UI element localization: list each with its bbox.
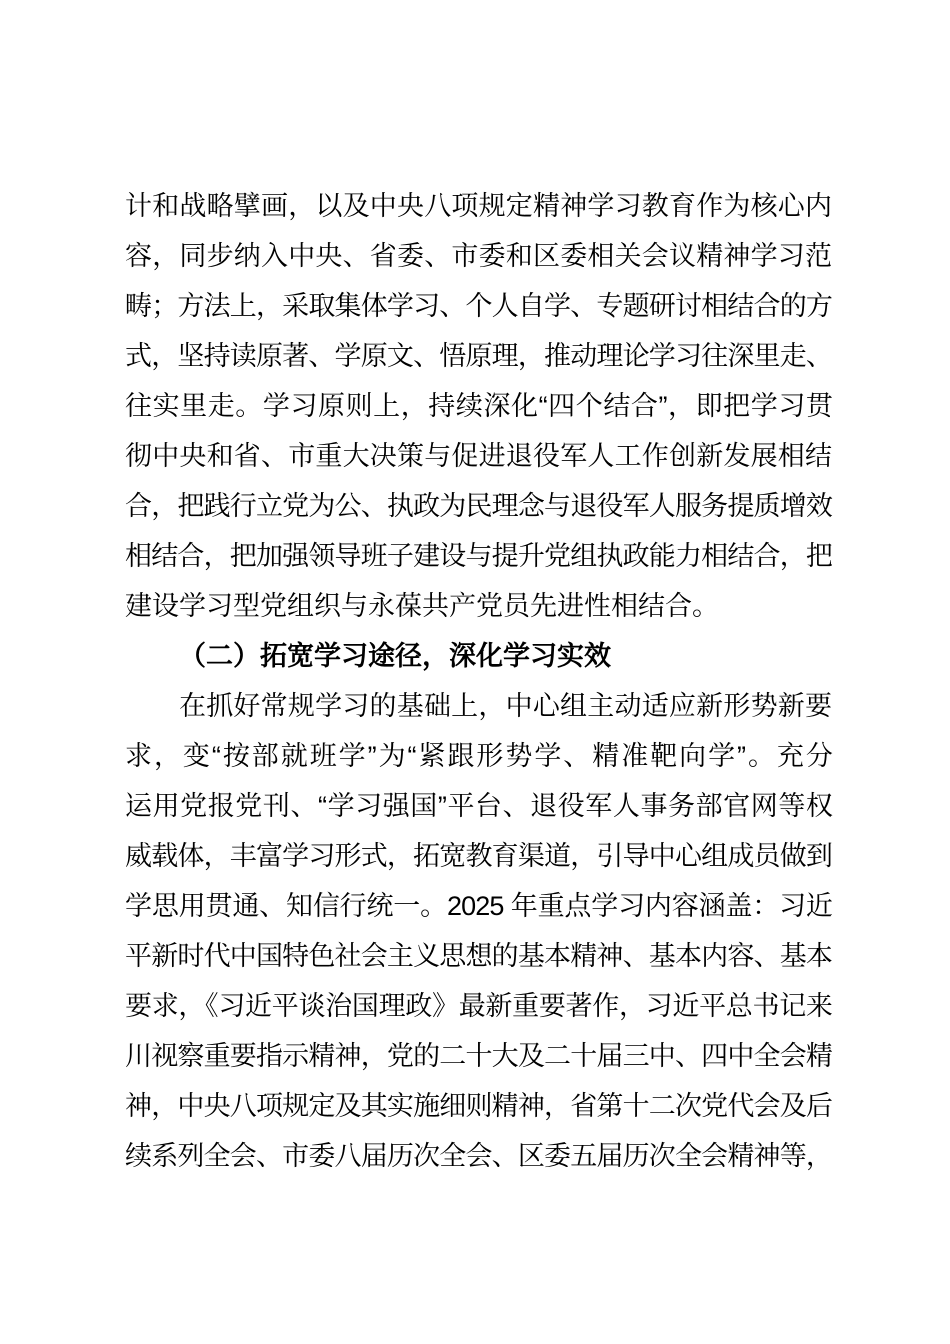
text-line: 学思用贯通、知信行统一。2025 年重点学习内容涵盖：习近 — [125, 881, 832, 931]
document-page: 计和战略擘画，以及中央八项规定精神学习教育作为核心内容，同步纳入中央、省委、市委… — [0, 0, 950, 1344]
text-line: 畴；方法上，采取集体学习、个人自学、专题研讨相结合的方 — [125, 281, 832, 331]
text-line: 求，变“按部就班学”为“紧跟形势学、精准靶向学”。充分 — [125, 731, 832, 781]
text-line: 彻中央和省、市重大决策与促进退役军人工作创新发展相结 — [125, 431, 832, 481]
text-line: 在抓好常规学习的基础上，中心组主动适应新形势新要 — [125, 681, 832, 731]
text-line: 续系列全会、市委八届历次全会、区委五届历次全会精神等， — [125, 1131, 832, 1181]
text-line: 要求，《习近平谈治国理政》最新重要著作，习近平总书记来 — [125, 981, 832, 1031]
text-line: 往实里走。学习原则上，持续深化“四个结合”，即把学习贯 — [125, 381, 832, 431]
text-line: 建设学习型党组织与永葆共产党员先进性相结合。 — [125, 581, 832, 631]
document-content: 计和战略擘画，以及中央八项规定精神学习教育作为核心内容，同步纳入中央、省委、市委… — [125, 181, 832, 1181]
text-line: 神，中央八项规定及其实施细则精神，省第十二次党代会及后 — [125, 1081, 832, 1131]
text-line: 平新时代中国特色社会主义思想的基本精神、基本内容、基本 — [125, 931, 832, 981]
text-line: 川视察重要指示精神，党的二十大及二十届三中、四中全会精 — [125, 1031, 832, 1081]
text-line: 相结合，把加强领导班子建设与提升党组执政能力相结合，把 — [125, 531, 832, 581]
text-line: 合，把践行立党为公、执政为民理念与退役军人服务提质增效 — [125, 481, 832, 531]
text-line: 威载体，丰富学习形式，拓宽教育渠道，引导中心组成员做到 — [125, 831, 832, 881]
text-line: 计和战略擘画，以及中央八项规定精神学习教育作为核心内 — [125, 181, 832, 231]
text-line: 式，坚持读原著、学原文、悟原理，推动理论学习往深里走、 — [125, 331, 832, 381]
text-line: 容，同步纳入中央、省委、市委和区委相关会议精神学习范 — [125, 231, 832, 281]
section-heading: （二）拓宽学习途径，深化学习实效 — [125, 631, 832, 681]
text-line: 运用党报党刊、“学习强国”平台、退役军人事务部官网等权 — [125, 781, 832, 831]
